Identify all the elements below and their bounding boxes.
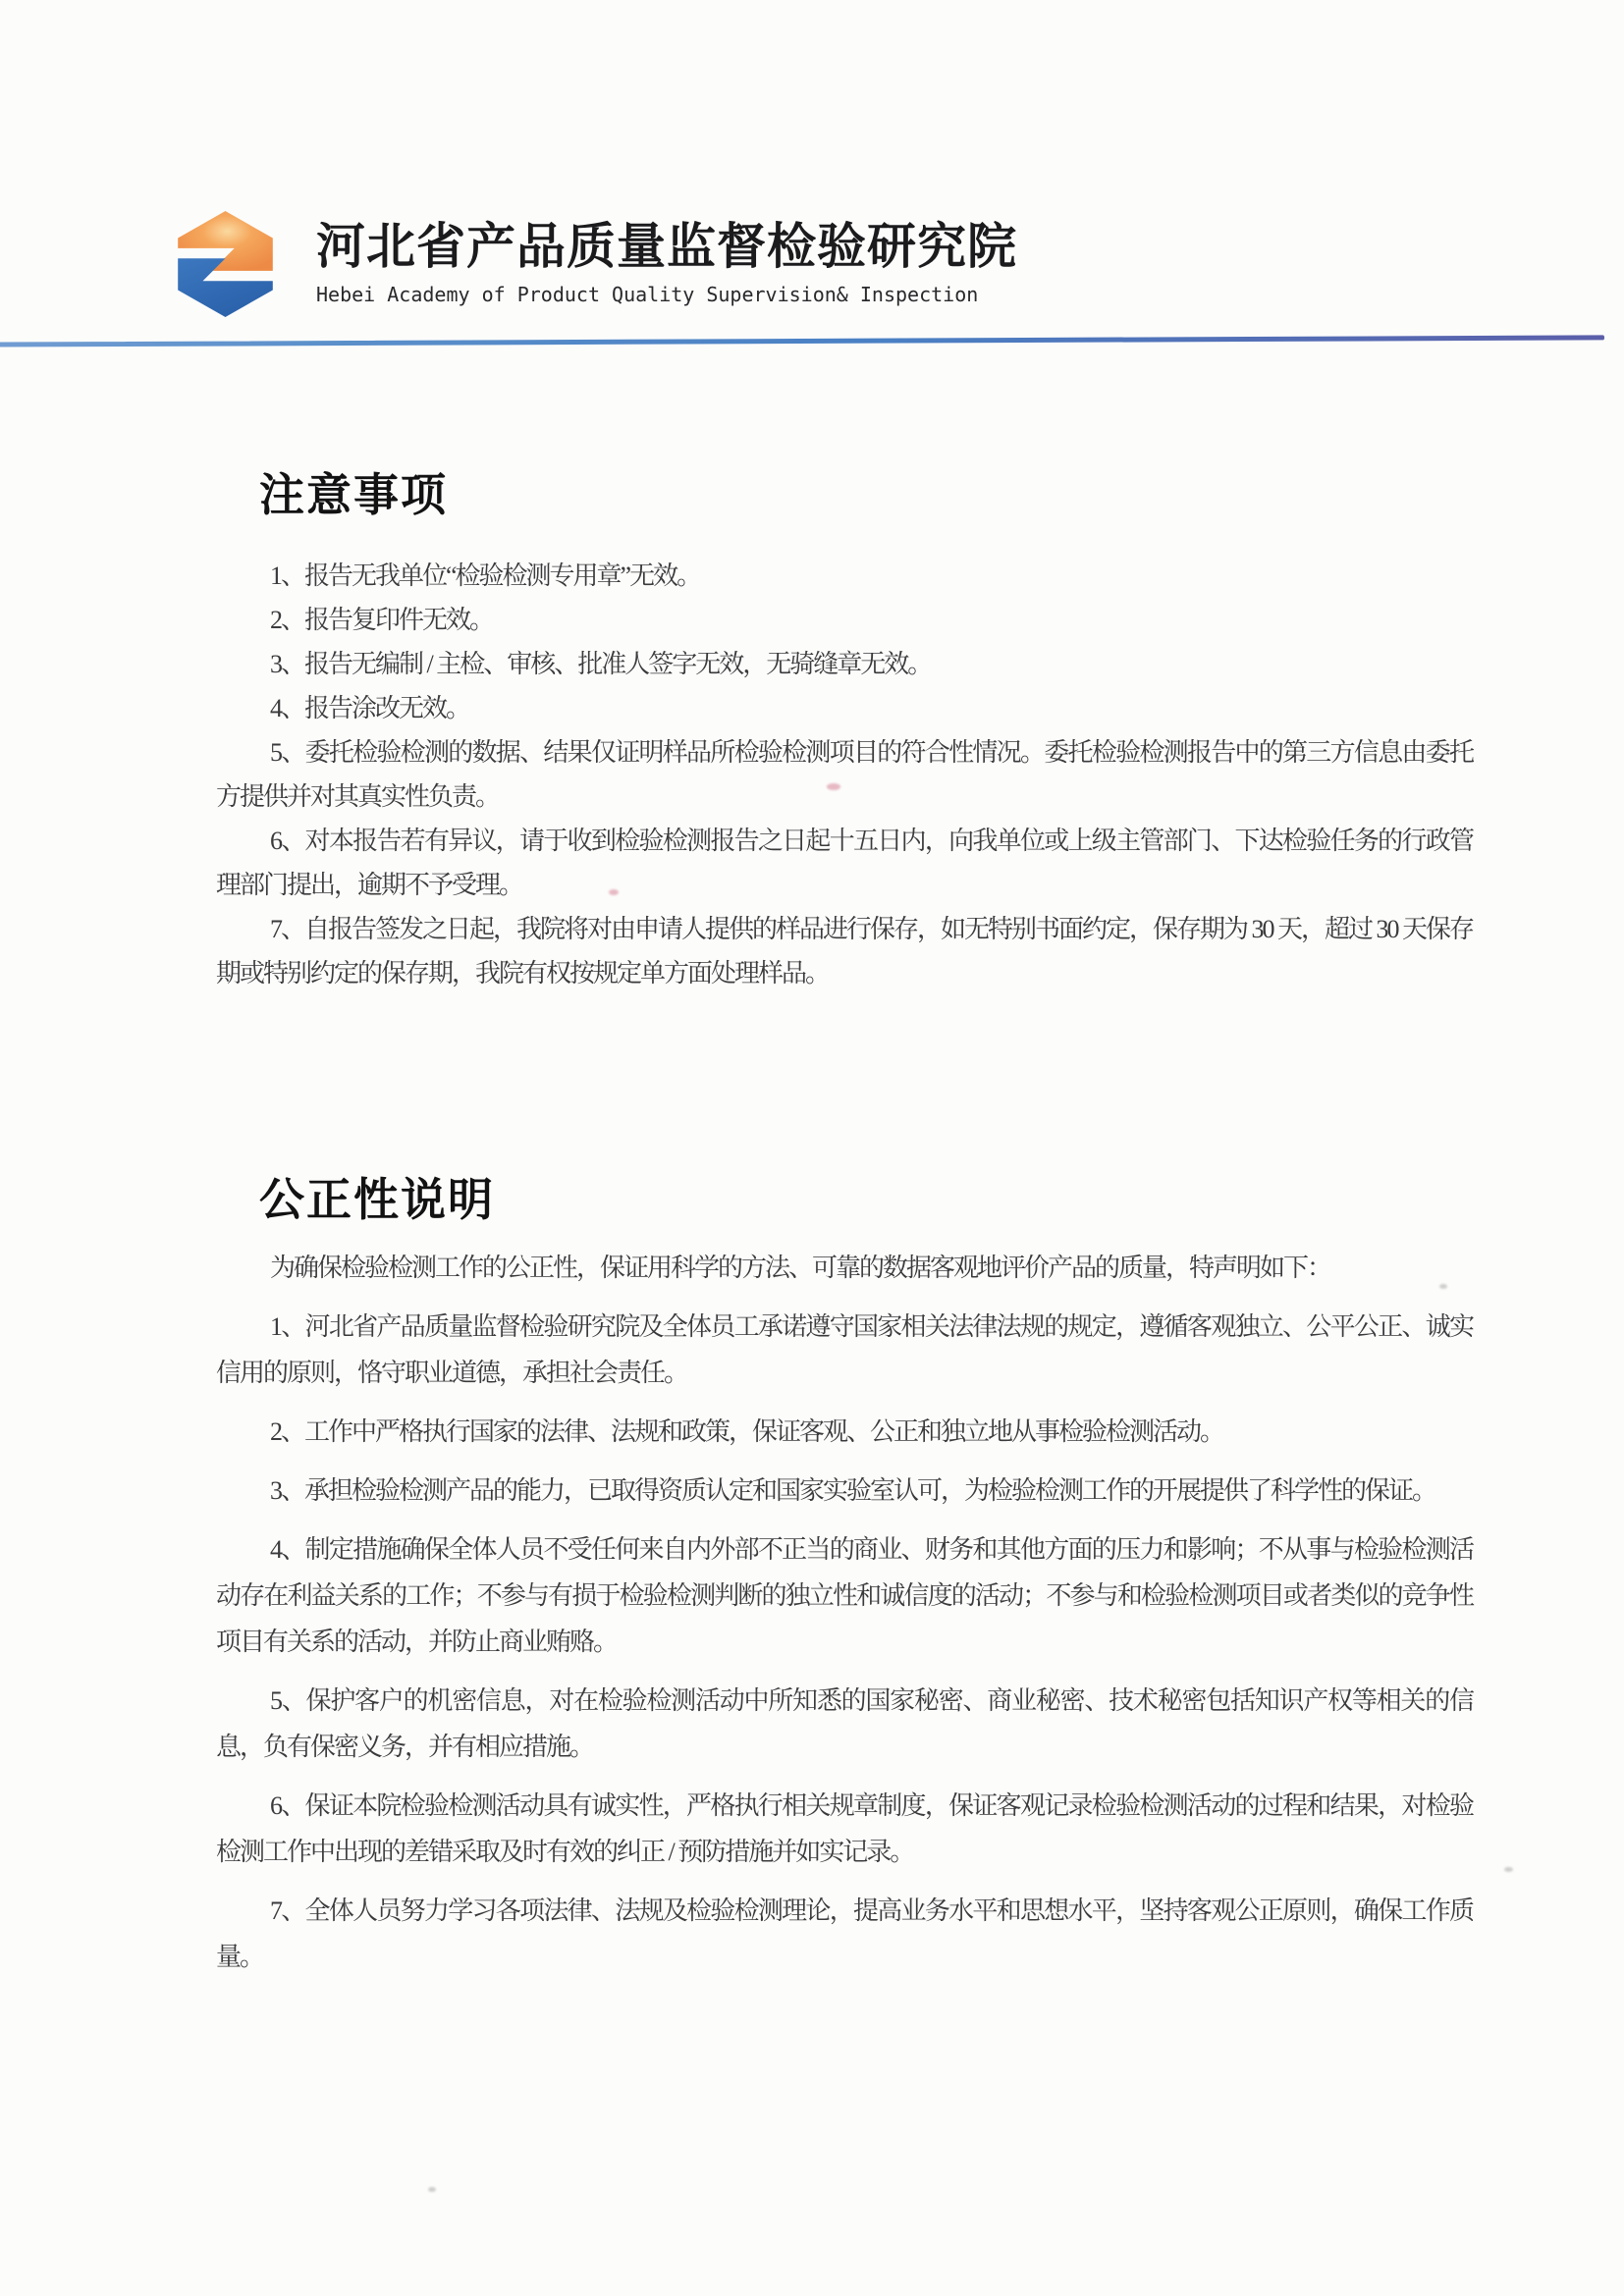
impartiality-item-4: 4、制定措施确保全体人员不受任何来自内外部不正当的商业、财务和其他方面的压力和影… [216,1526,1473,1665]
impartiality-item-6: 6、保证本院检验检测活动具有诚实性，严格执行相关规章制度，保证客观记录检验检测活… [216,1783,1473,1875]
impartiality-title: 公正性说明 [259,1172,1473,1227]
scan-speck [827,783,840,790]
scan-speck [1439,1284,1447,1289]
notice-item-3: 3、报告无编制 / 主检、审核、批准人签字无效，无骑缝章无效。 [216,642,1473,686]
impartiality-item-5: 5、保护客户的机密信息，对在检验检测活动中所知悉的国家秘密、商业秘密、技术秘密包… [216,1678,1473,1770]
org-name-zh: 河北省产品质量监督检验研究院 [316,218,1062,275]
notice-item-2: 2、报告复印件无效。 [216,598,1473,642]
notice-item-7: 7、自报告签发之日起，我院将对由申请人提供的样品进行保存，如无特别书面约定，保存… [216,907,1473,995]
scanned-document-page: 河北省产品质量监督检验研究院 Hebei Academy of Product … [0,0,1624,2296]
impartiality-item-2: 2、工作中严格执行国家的法律、法规和政策，保证客观、公正和独立地从事检验检测活动… [216,1409,1473,1455]
hexagon-z-logo-icon [169,207,282,321]
header: 河北省产品质量监督检验研究院 Hebei Academy of Product … [316,218,1062,307]
notice-title: 注意事项 [259,467,1473,522]
notice-item-5: 5、委托检验检测的数据、结果仅证明样品所检验检测项目的符合性情况。委托检验检测报… [216,730,1473,819]
notice-item-1: 1、报告无我单位“检验检测专用章”无效。 [216,554,1473,598]
impartiality-intro: 为确保检验检测工作的公正性，保证用科学的方法、可靠的数据客观地评价产品的质量，特… [216,1245,1473,1291]
notice-item-4: 4、报告涂改无效。 [216,686,1473,730]
scan-speck [609,889,619,895]
notice-section: 注意事项 1、报告无我单位“检验检测专用章”无效。 2、报告复印件无效。 3、报… [216,467,1473,995]
impartiality-item-3: 3、承担检验检测产品的能力，已取得资质认定和国家实验室认可，为检验检测工作的开展… [216,1468,1473,1514]
org-name-en: Hebei Academy of Product Quality Supervi… [316,282,1062,307]
impartiality-item-7: 7、全体人员努力学习各项法律、法规及检验检测理论，提高业务水平和思想水平，坚持客… [216,1888,1473,1980]
impartiality-section: 公正性说明 为确保检验检测工作的公正性，保证用科学的方法、可靠的数据客观地评价产… [216,1172,1473,1993]
header-divider-rule [0,335,1604,347]
scan-speck [1504,1867,1513,1872]
notice-item-6: 6、对本报告若有异议，请于收到检验检测报告之日起十五日内，向我单位或上级主管部门… [216,819,1473,907]
scan-speck [428,2187,436,2192]
impartiality-item-1: 1、河北省产品质量监督检验研究院及全体员工承诺遵守国家相关法律法规的规定，遵循客… [216,1304,1473,1396]
